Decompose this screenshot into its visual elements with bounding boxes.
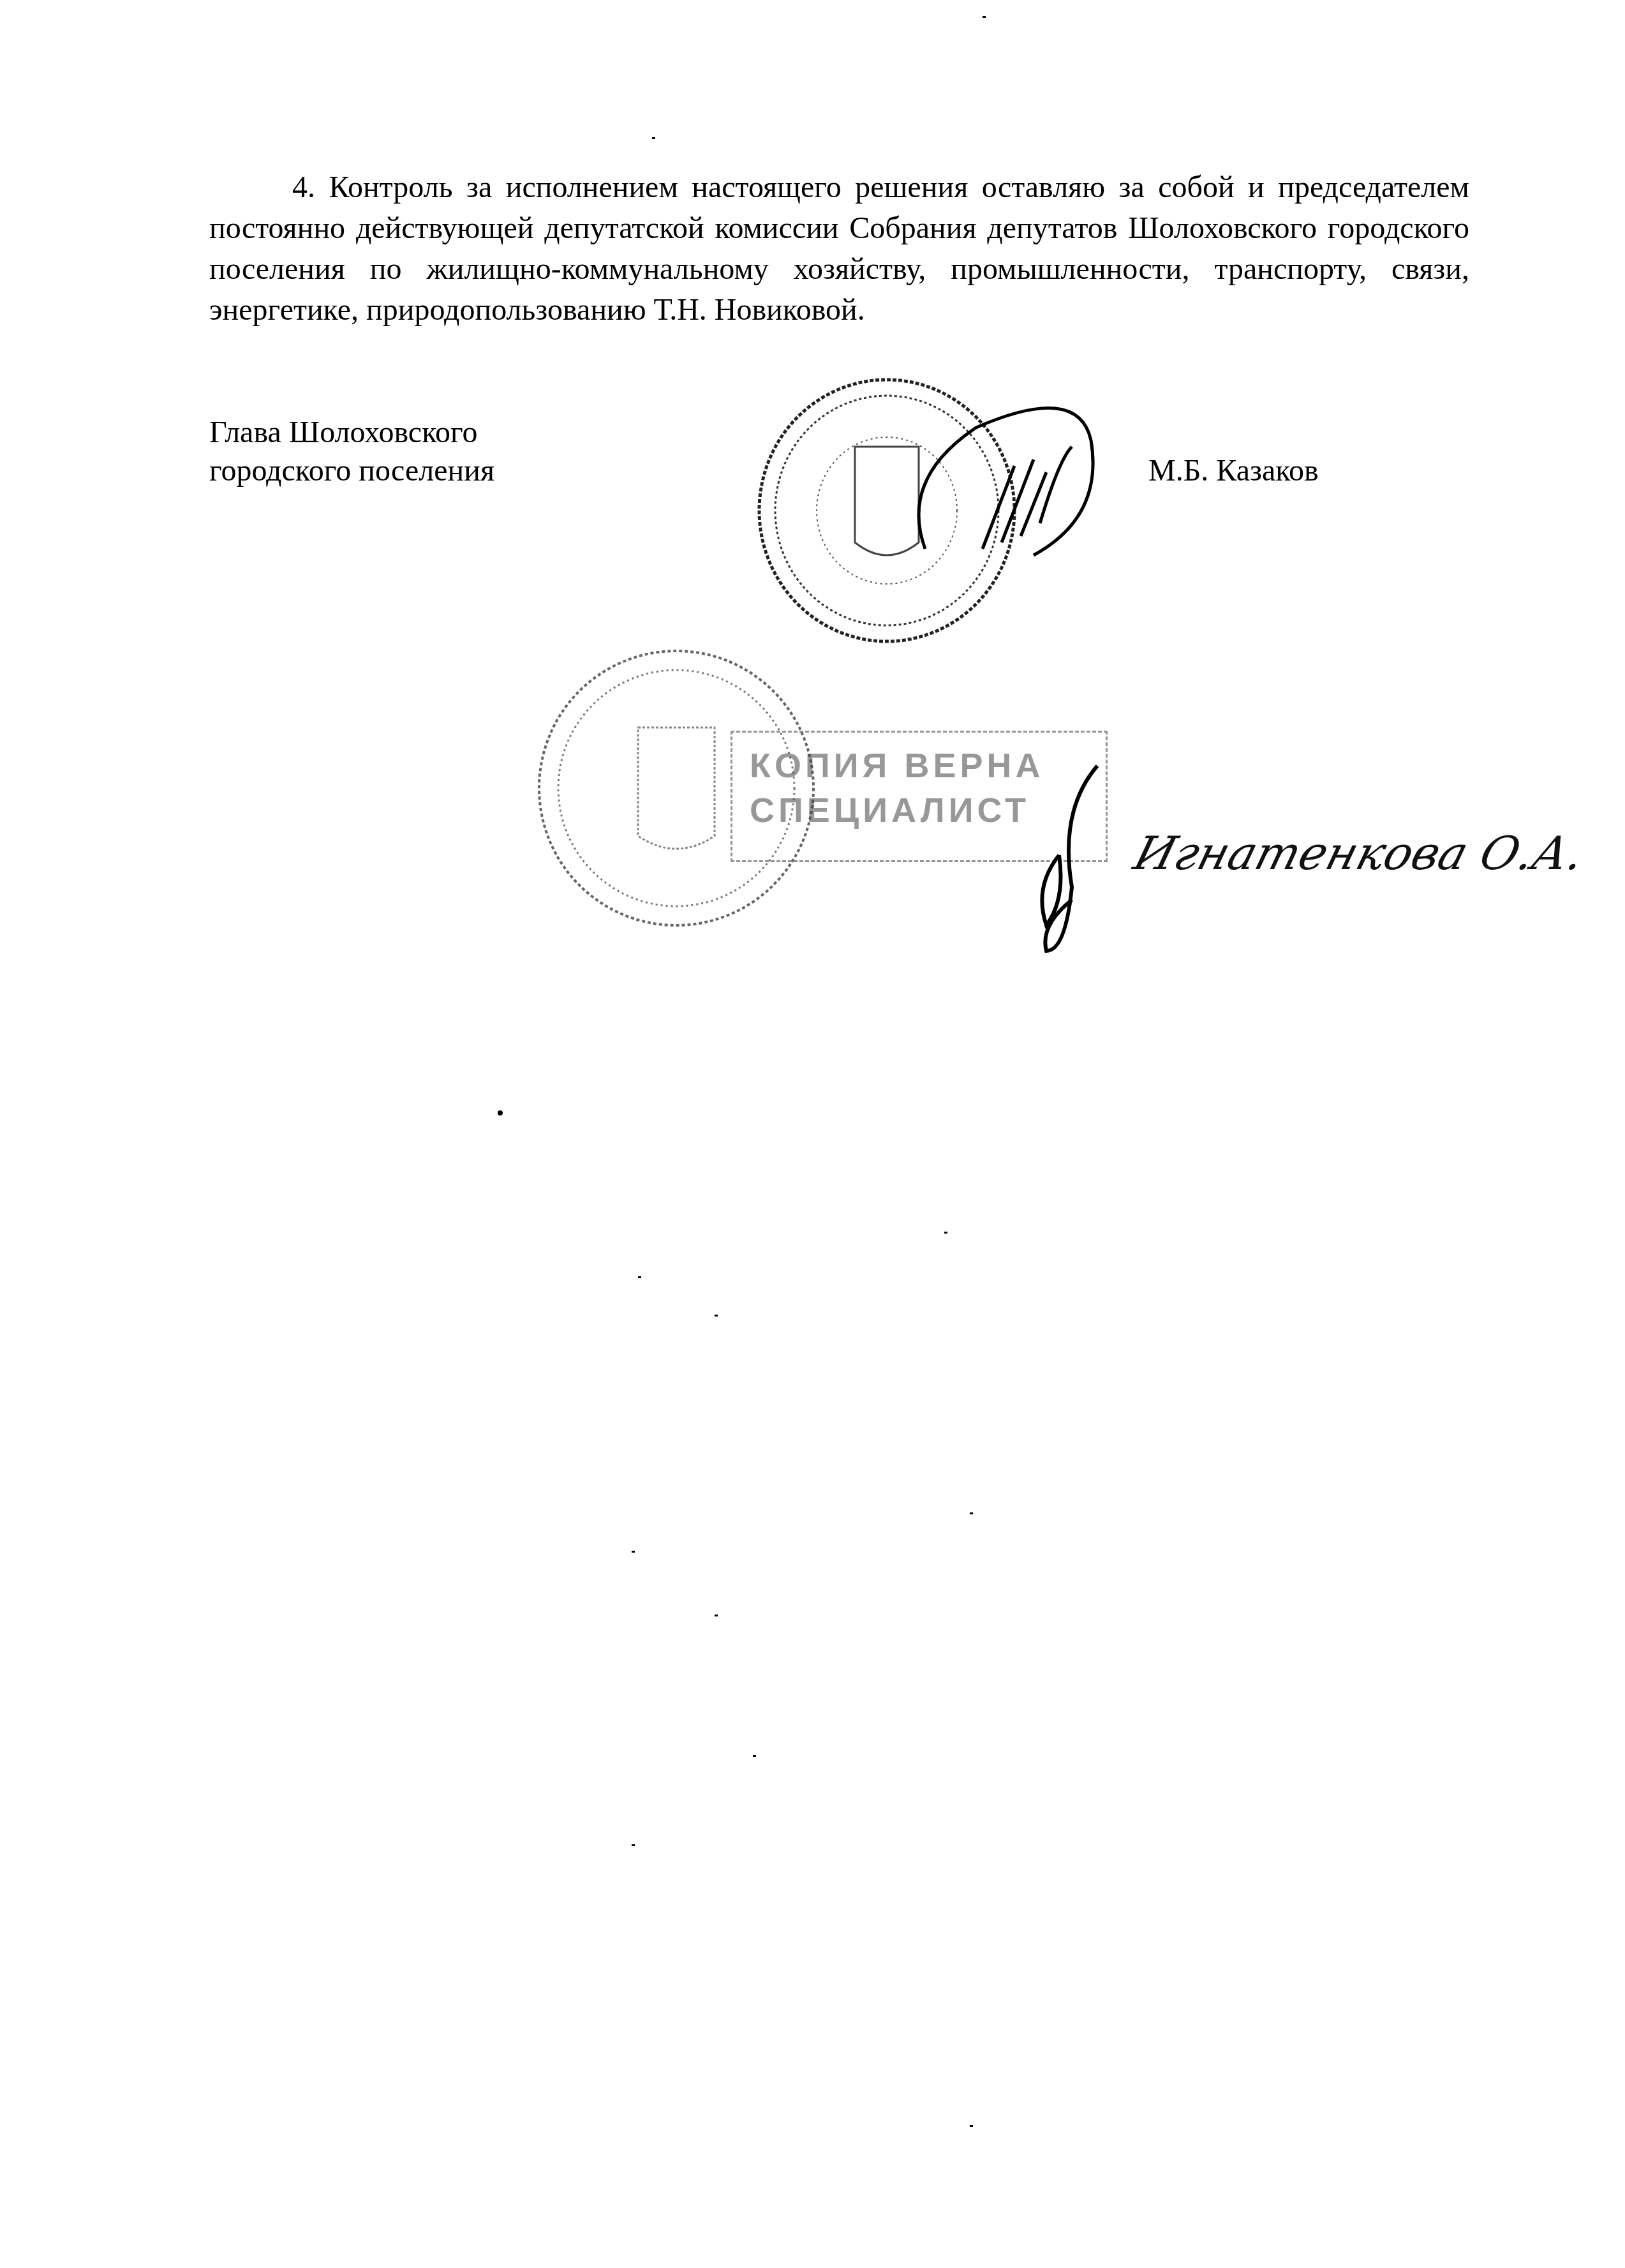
position-line-1: Глава Шолоховского: [209, 414, 494, 452]
scan-speck: [970, 1512, 973, 1514]
position-line-2: городского поселения: [209, 452, 494, 490]
scan-speck: [632, 1844, 635, 1846]
certifier-initials-icon: [1021, 759, 1136, 964]
scan-speck: [944, 1232, 947, 1234]
body-paragraph-4: 4. Контроль за исполнением настоящего ре…: [209, 167, 1469, 331]
scan-speck: [715, 1315, 718, 1317]
scan-speck: [498, 1110, 503, 1115]
scan-speck: [983, 16, 986, 18]
signatory-name: М.Б. Казаков: [1148, 452, 1319, 490]
certification-text: КОПИЯ ВЕРНА СПЕЦИАЛИСТ: [750, 743, 1044, 833]
certifier-signature: Игнатенкова О.А.: [1129, 826, 1591, 880]
scan-speck: [715, 1615, 718, 1616]
scan-speck: [753, 1755, 756, 1757]
scan-speck: [632, 1551, 635, 1553]
signatory-position: Глава Шолоховского городского поселения: [209, 414, 494, 490]
signature-scribble-icon: [887, 402, 1129, 581]
scan-speck: [638, 1276, 641, 1278]
scan-speck: [652, 137, 655, 139]
scan-speck: [970, 2125, 973, 2127]
